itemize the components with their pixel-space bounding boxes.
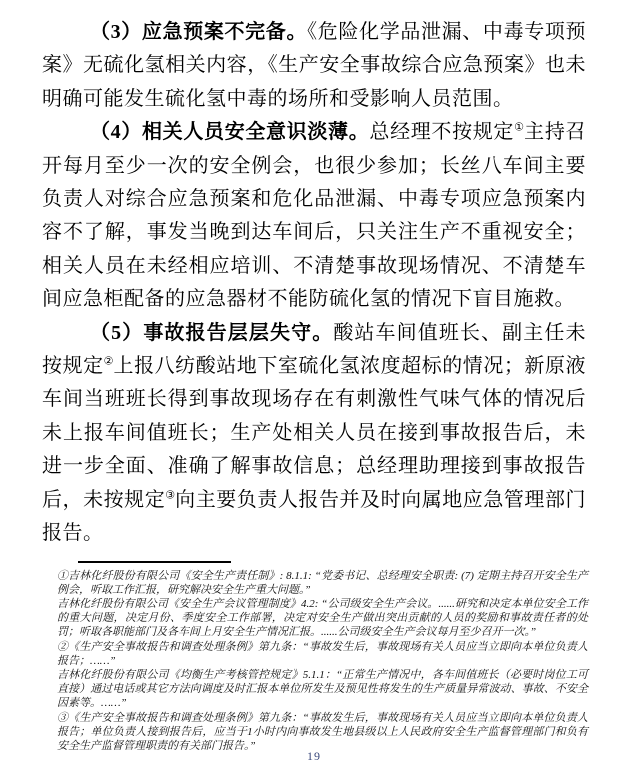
footnote-1: ①吉林化纤股份有限公司《安全生产责任制》: 8.1.1: “党委书记、总经理安全…: [57, 569, 588, 597]
footnote-3: ③《生产安全事故报告和调查处理条例》第九条：“事故发生后，事故现场有关人员应当立…: [57, 711, 588, 754]
paragraph-lead: （4）相关人员安全意识淡薄。: [90, 121, 369, 143]
report-body: （3）应急预案不完备。《危险化学品泄漏、中毒专项预案》无硫化氢相关内容，《生产安…: [42, 16, 586, 551]
document-page: （3）应急预案不完备。《危险化学品泄漏、中毒专项预案》无硫化氢相关内容，《生产安…: [0, 0, 628, 781]
footnote-2: ②《生产安全事故报告和调查处理条例》第九条：“事故发生后，事故现场有关人员应当立…: [57, 640, 588, 668]
footnote-separator: [78, 561, 231, 563]
footnote-ref-1: ①: [514, 122, 524, 134]
paragraph-text: 总经理不按规定: [369, 121, 514, 143]
paragraph-emergency-plan: （3）应急预案不完备。《危险化学品泄漏、中毒专项预案》无硫化氢相关内容，《生产安…: [42, 16, 586, 116]
paragraph-incident-reporting: （5）事故报告层层失守。酸站车间值班长、副主任未按规定②上报八纺酸站地下室硫化氢…: [42, 317, 586, 551]
paragraph-lead: （3）应急预案不完备。: [90, 21, 307, 43]
footnote-ref-2: ②: [104, 355, 114, 367]
paragraph-text: 主持召开每月至少一次的安全例会，也很少参加；长丝八车间主要负责人对综合应急预案和…: [42, 121, 586, 310]
footnotes-block: ①吉林化纤股份有限公司《安全生产责任制》: 8.1.1: “党委书记、总经理安全…: [57, 569, 588, 754]
footnote-1-continued: 吉林化纤股份有限公司《安全生产会议管理制度》4.2: “公司级安全生产会议。..…: [57, 597, 588, 640]
footnote-ref-3: ③: [165, 489, 175, 501]
paragraph-safety-awareness: （4）相关人员安全意识淡薄。总经理不按规定①主持召开每月至少一次的安全例会，也很…: [42, 116, 586, 316]
paragraph-text: 上报八纺酸站地下室硫化氢浓度超标的情况；新原液车间当班班长得到事故现场存在有刺激…: [42, 355, 586, 511]
paragraph-lead: （5）事故报告层层失守。: [90, 322, 333, 344]
page-number: 19: [0, 749, 628, 764]
footnote-2-continued: 吉林化纤股份有限公司《均衡生产考核管控规定》5.1.1：“正常生产情况中，各车间…: [57, 668, 588, 711]
